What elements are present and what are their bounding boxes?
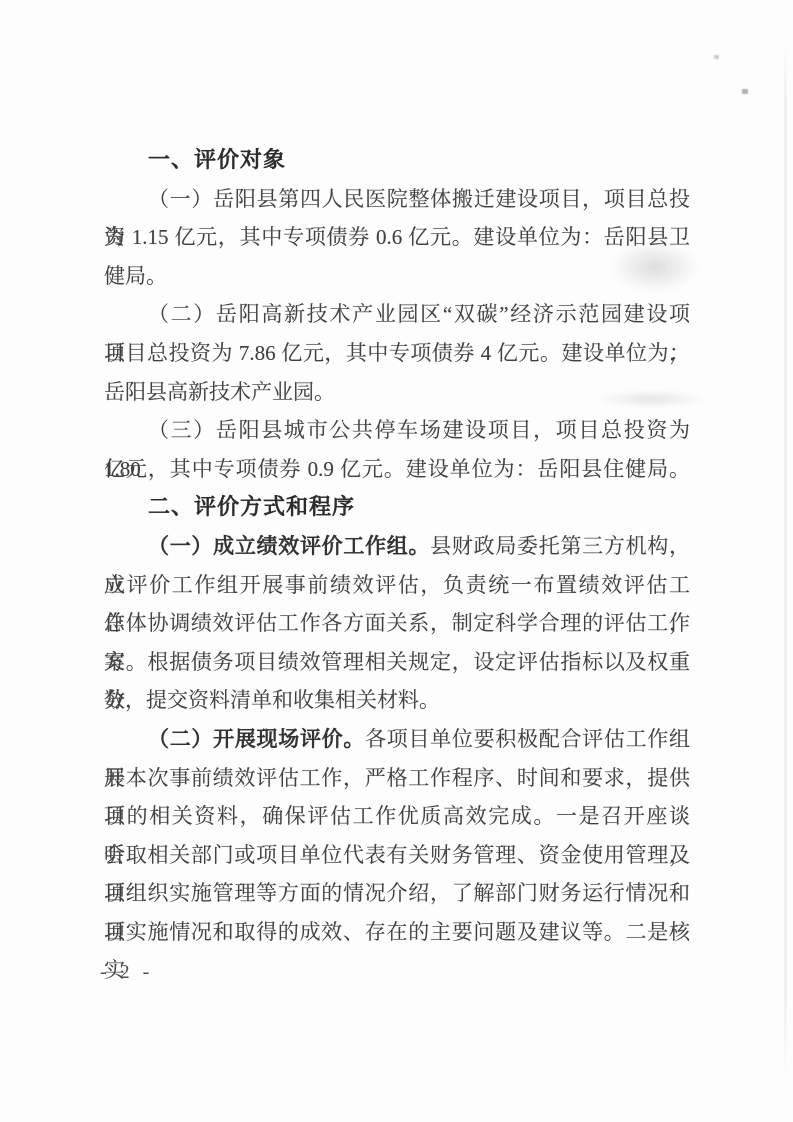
text-line: 项目总投资为 7.86 亿元，其中专项债券 4 亿元。建设单位为： (104, 334, 690, 373)
text-line: 听取相关部门或项目单位代表有关财务管理、资金使用管理及项 (104, 836, 690, 875)
text-line: （三）岳阳县城市公共停车场建设项目，项目总投资为 1.80 (104, 411, 690, 450)
paragraph-lead: （二）开展现场评价。 (148, 727, 365, 751)
text-line: 展本次事前绩效评估工作，严格工作程序、时间和要求，提供项 (104, 759, 690, 798)
document-body: 一、评价对象 （一）岳阳县第四人民医院整体搬迁建设项目，项目总投资 为 1.15… (104, 141, 690, 951)
text-line: 目组织实施管理等方面的情况介绍，了解部门财务运行情况和项 (104, 874, 690, 913)
text-line: 为 1.15 亿元，其中专项债券 0.6 亿元。建设单位为：岳阳县卫 (104, 218, 690, 257)
scan-speck (714, 55, 719, 59)
text-line: （二）开展现场评价。各项目单位要积极配合评估工作组开 (104, 720, 690, 759)
scan-speck (742, 89, 748, 94)
section-heading-1: 一、评价对象 (104, 141, 690, 180)
section-heading-2: 二、评价方式和程序 (104, 488, 690, 527)
text-line: 健局。 (104, 257, 690, 296)
text-line: 总体协调绩效评估工作各方面关系，制定科学合理的评估工作方 (104, 604, 690, 643)
text-line: 目的相关资料，确保评估工作优质高效完成。一是召开座谈会， (104, 797, 690, 836)
page-number: - 2 - (100, 961, 153, 984)
text-line: （二）岳阳高新技术产业园区“双碳”经济示范园建设项目， (104, 295, 690, 334)
scan-edge-shadow (784, 40, 787, 1080)
paragraph-lead: （一）成立绩效评价工作组。 (148, 534, 430, 558)
text-line: （一）成立绩效评价工作组。县财政局委托第三方机构，成 (104, 527, 690, 566)
document-page: 一、评价对象 （一）岳阳县第四人民医院整体搬迁建设项目，项目总投资 为 1.15… (0, 0, 793, 1122)
text-line: 亿元，其中专项债券 0.9 亿元。建设单位为：岳阳县住健局。 (104, 450, 690, 489)
text-line: 立评价工作组开展事前绩效评估，负责统一布置绩效评估工作， (104, 566, 690, 605)
text-line: 数，提交资料清单和收集相关材料。 (104, 681, 690, 720)
text-line: 案。根据债务项目绩效管理相关规定，设定评估指标以及权重分 (104, 643, 690, 682)
text-line: 目实施情况和取得的成效、存在的主要问题及建议等。二是核实 (104, 913, 690, 952)
text-line: （一）岳阳县第四人民医院整体搬迁建设项目，项目总投资 (104, 180, 690, 219)
text-line: 岳阳县高新技术产业园。 (104, 373, 690, 412)
